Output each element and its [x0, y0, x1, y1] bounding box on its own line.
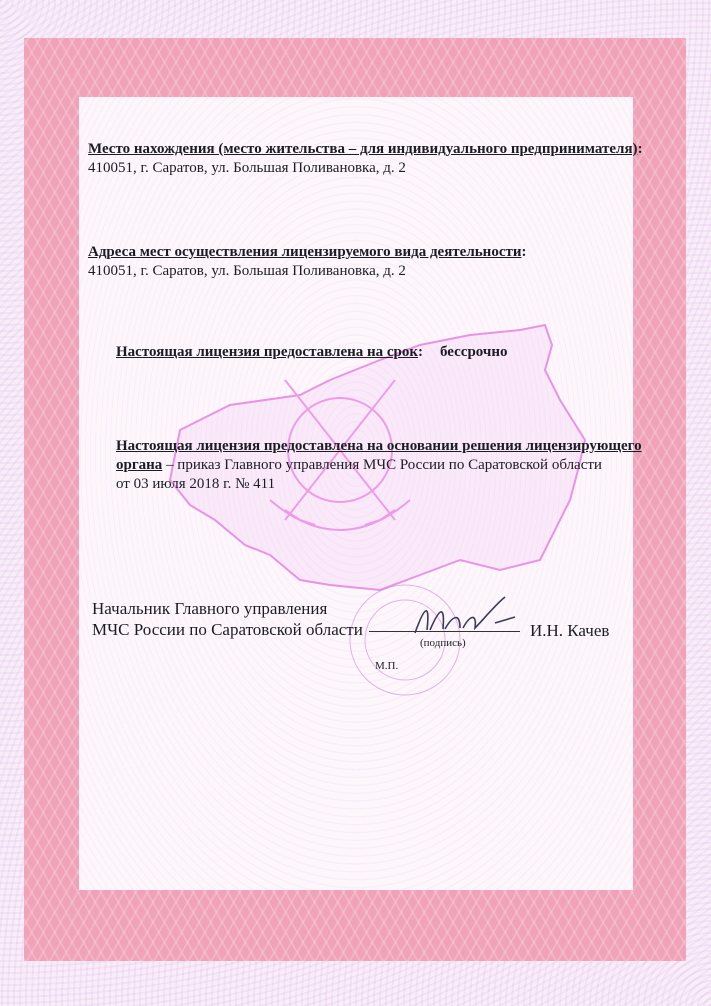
location-label: Место нахождения (место жительства – для…	[88, 141, 638, 157]
signatory-name: И.Н. Качев	[530, 620, 609, 641]
term-label: Настоящая лицензия предоставлена на срок	[116, 344, 418, 360]
basis-value: – приказ Главного управления МЧС России …	[162, 457, 602, 473]
location-section: Место нахождения (место жительства – для…	[88, 140, 643, 178]
activity-address-label: Адреса мест осуществления лицензируемого…	[88, 244, 522, 260]
location-value: 410051, г. Саратов, ул. Большая Поливано…	[88, 160, 406, 176]
activity-address-section: Адреса мест осуществления лицензируемого…	[88, 243, 527, 281]
position-line2: МЧС России по Саратовской области	[92, 620, 363, 639]
seal-caption: М.П.	[375, 660, 398, 672]
activity-address-value: 410051, г. Саратов, ул. Большая Поливано…	[88, 263, 406, 279]
term-value: бессрочно	[440, 343, 508, 362]
basis-label-cont: органа	[116, 457, 162, 473]
signature-caption: (подпись)	[420, 637, 466, 649]
handwritten-signature	[405, 595, 535, 640]
term-section: Настоящая лицензия предоставлена на срок…	[116, 343, 423, 362]
signatory-position: Начальник Главного управления МЧС России…	[92, 598, 363, 640]
basis-label: Настоящая лицензия предоставлена на осно…	[116, 438, 642, 454]
basis-order-date: от 03 июля 2018 г. № 411	[116, 476, 275, 492]
basis-section: Настоящая лицензия предоставлена на осно…	[116, 437, 642, 494]
position-line1: Начальник Главного управления	[92, 599, 327, 618]
